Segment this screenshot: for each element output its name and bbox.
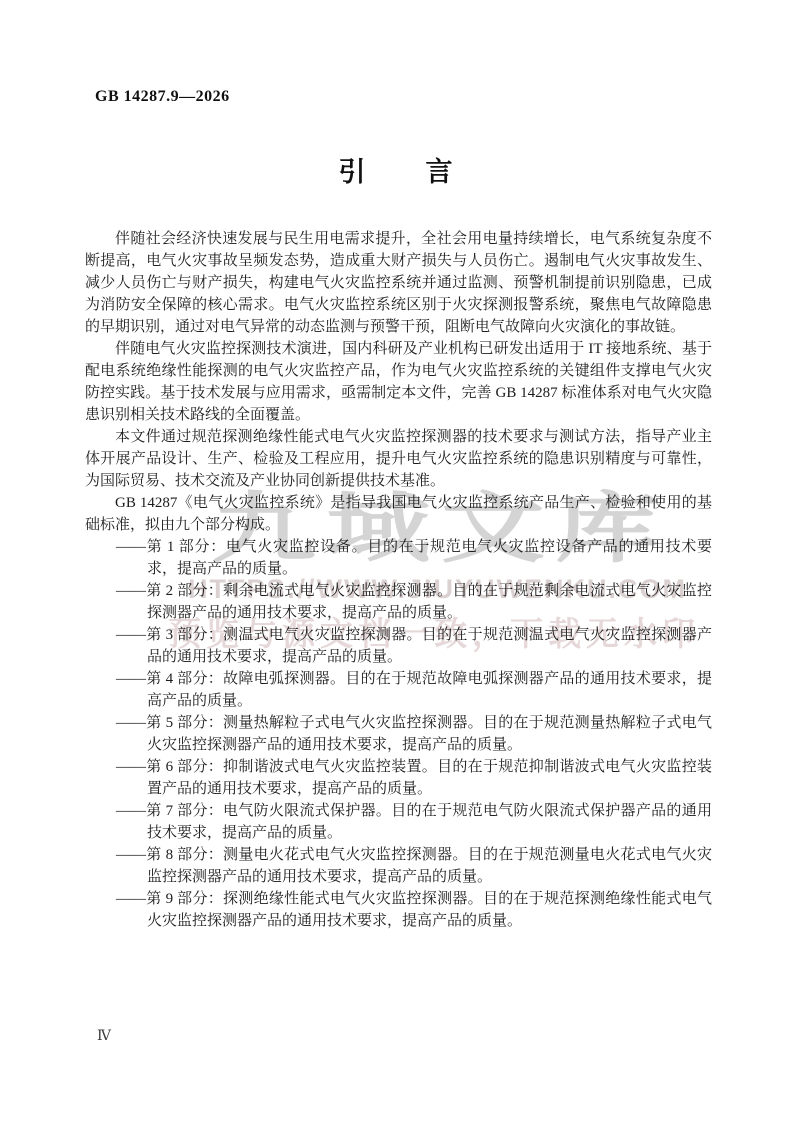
intro-paragraph: GB 14287《电气火灾监控系统》是指导我国电气火灾监控系统产品生产、检验和使… <box>85 492 712 536</box>
standard-part-item: ——第 4 部分：故障电弧探测器。目的在于规范故障电弧探测器产品的通用技术要求，… <box>85 668 712 712</box>
document-body: 伴随社会经济快速发展与民生用电需求提升，全社会用电量持续增长，电气系统复杂度不断… <box>85 228 712 932</box>
page-title: 引 言 <box>0 150 793 189</box>
standard-part-item: ——第 2 部分：剩余电流式电气火灾监控探测器。目的在于规范剩余电流式电气火灾监… <box>85 580 712 624</box>
intro-paragraph: 本文件通过规范探测绝缘性能式电气火灾监控探测器的技术要求与测试方法，指导产业主体… <box>85 426 712 492</box>
standard-part-item: ——第 9 部分：探测绝缘性能式电气火灾监控探测器。目的在于规范探测绝缘性能式电… <box>85 888 712 932</box>
standard-part-item: ——第 8 部分：测量电火花式电气火灾监控探测器。目的在于规范测量电火花式电气火… <box>85 844 712 888</box>
intro-paragraph: 伴随社会经济快速发展与民生用电需求提升，全社会用电量持续增长，电气系统复杂度不断… <box>85 228 712 338</box>
standard-part-item: ——第 1 部分：电气火灾监控设备。目的在于规范电气火灾监控设备产品的通用技术要… <box>85 536 712 580</box>
standard-code: GB 14287.9—2026 <box>95 88 230 106</box>
standard-part-item: ——第 3 部分：测温式电气火灾监控探测器。目的在于规范测温式电气火灾监控探测器… <box>85 624 712 668</box>
standard-part-item: ——第 5 部分：测量热解粒子式电气火灾监控探测器。目的在于规范测量热解粒子式电… <box>85 712 712 756</box>
intro-paragraph: 伴随电气火灾监控探测技术演进，国内科研及产业机构已研发出适用于 IT 接地系统、… <box>85 338 712 426</box>
standard-part-item: ——第 6 部分：抑制谐波式电气火灾监控装置。目的在于规范抑制谐波式电气火灾监控… <box>85 756 712 800</box>
document-page: 九域文库 HTTPS://WWW.JIUYUWENKU.COM 预览与源文档一致… <box>0 0 793 1122</box>
page-number: Ⅳ <box>97 1028 112 1045</box>
standard-part-item: ——第 7 部分：电气防火限流式保护器。目的在于规范电气防火限流式保护器产品的通… <box>85 800 712 844</box>
